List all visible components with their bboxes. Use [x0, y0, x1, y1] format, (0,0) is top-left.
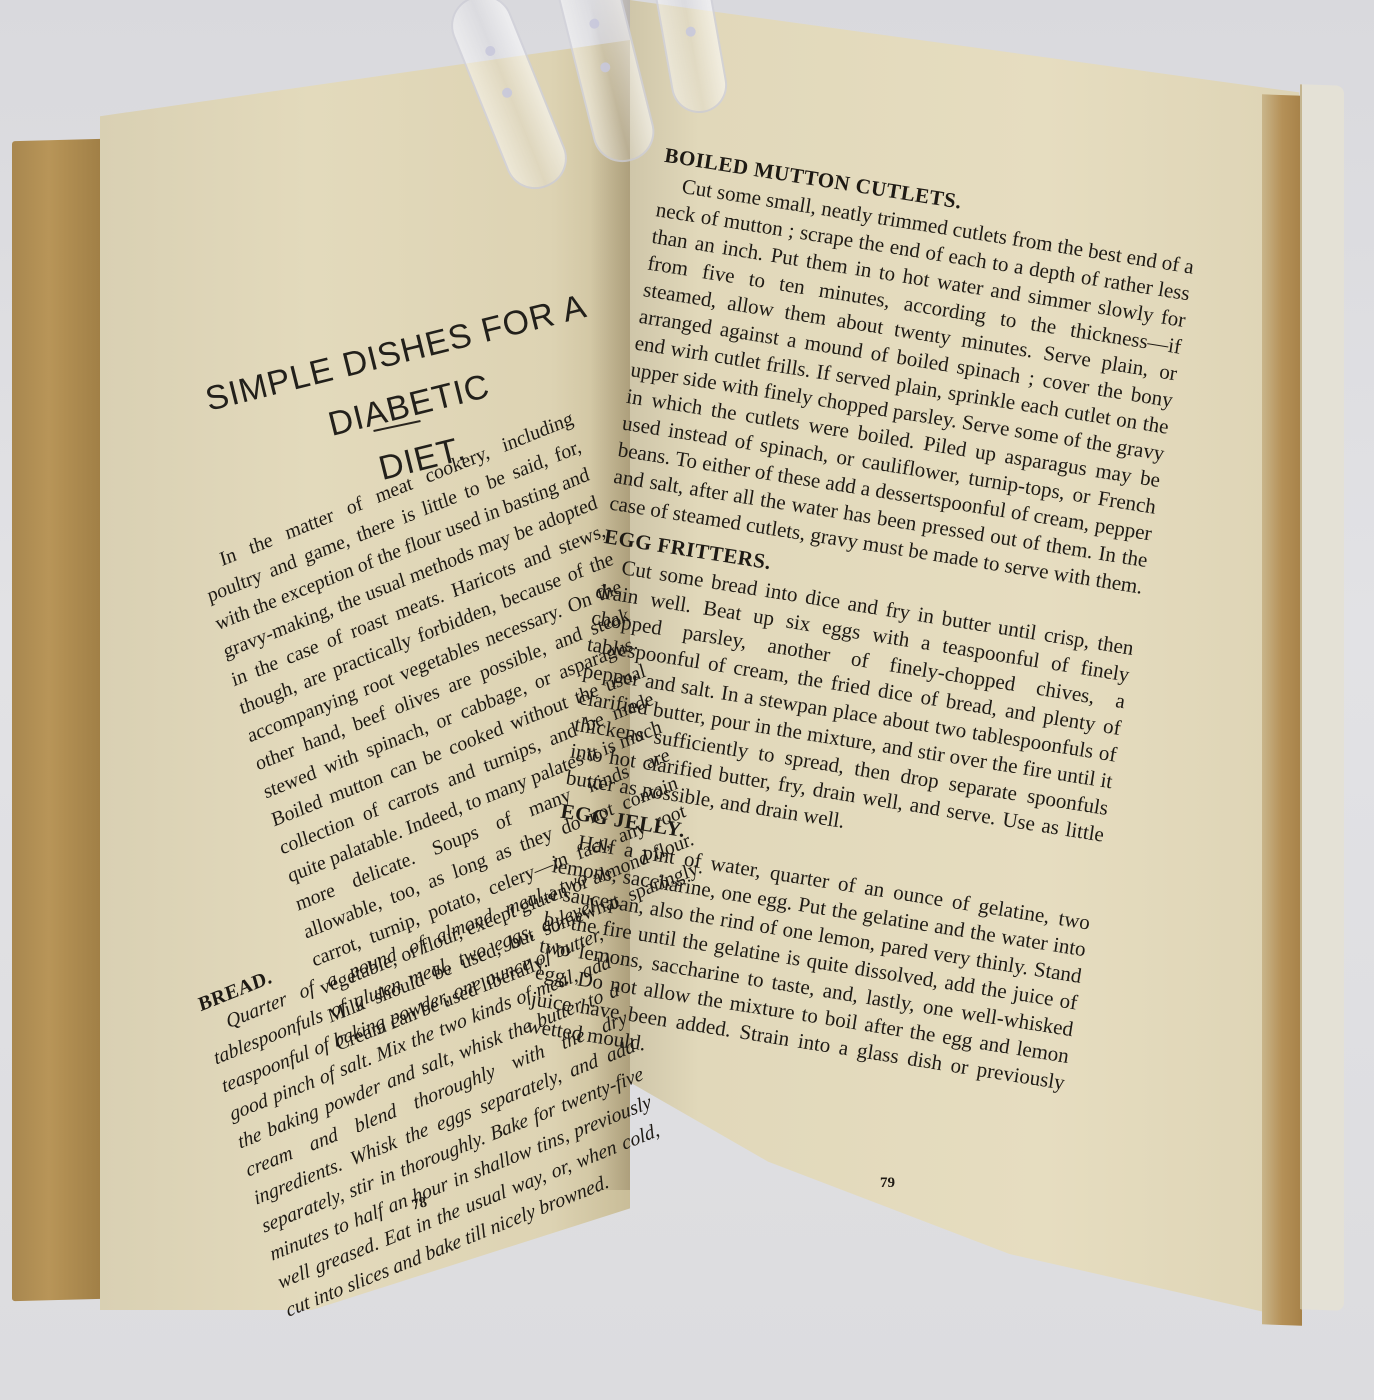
- recipe-boiled-mutton-cutlets: BOILED MUTTON CUTLETS. Cut some small, n…: [608, 143, 1200, 601]
- right-page-block-edge: [1262, 94, 1302, 1325]
- left-page-block-edge: [12, 139, 104, 1301]
- photo-scene: SIMPLE DISHES FOR A DIABETIC DIET. In th…: [0, 0, 1374, 1400]
- back-cover: [1300, 84, 1344, 1311]
- page-number-right: 79: [880, 1175, 895, 1192]
